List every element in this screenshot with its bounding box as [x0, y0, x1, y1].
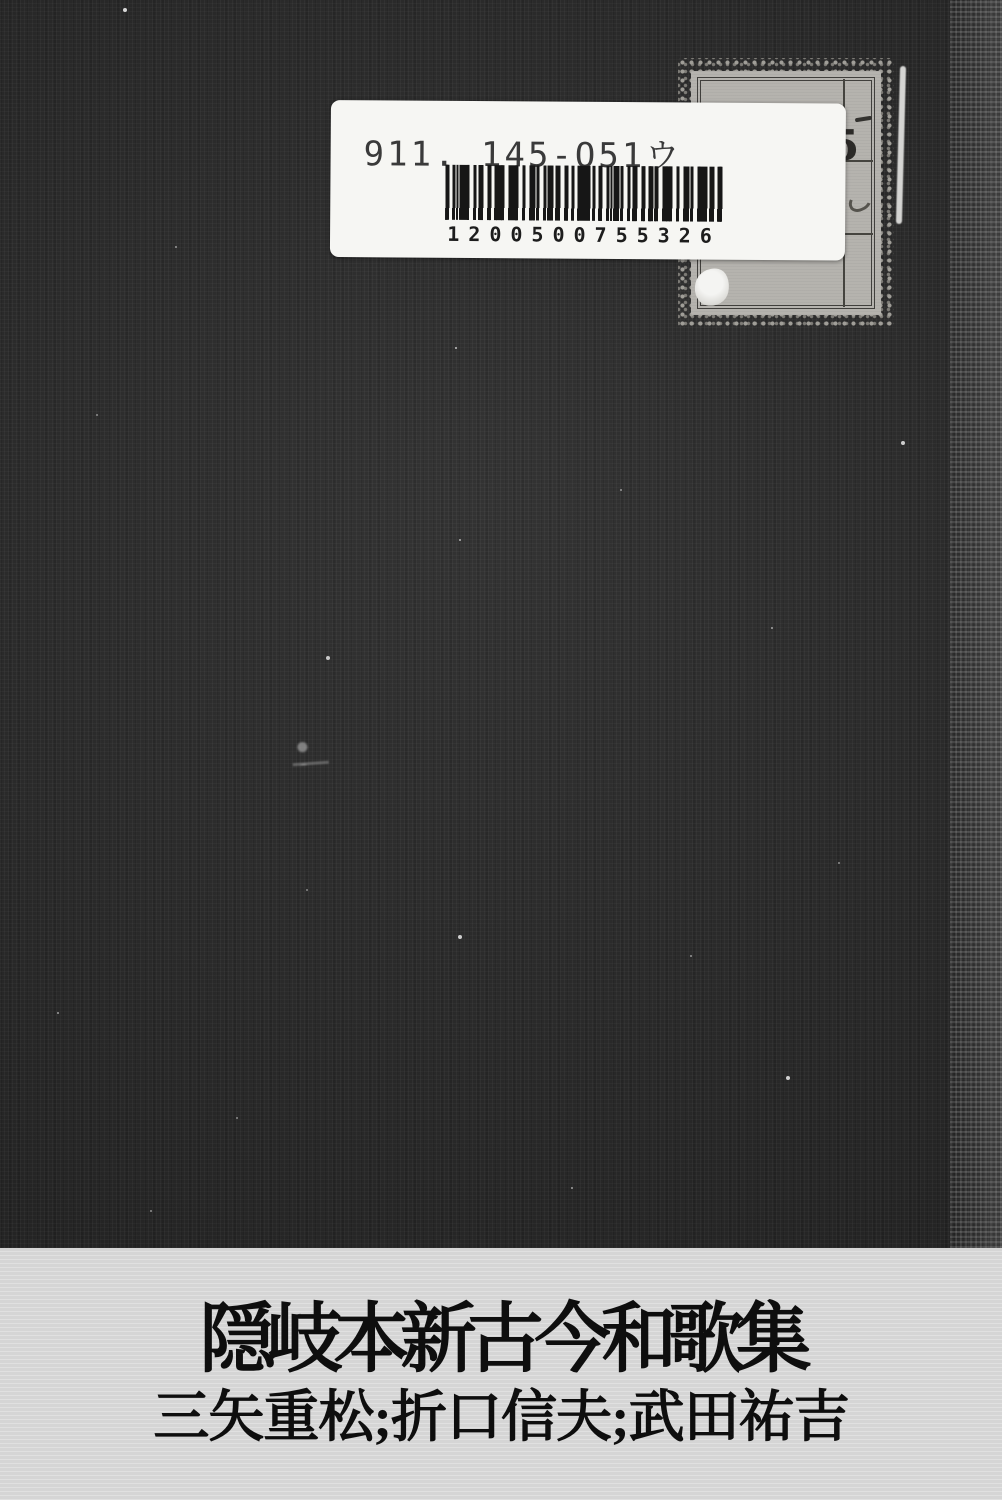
scanned-book-cover-page: 5 911. 145-O51ウ 1200500755326 隠岐本新古今和歌集 …	[0, 0, 1002, 1500]
faint-embossed-mark	[291, 739, 329, 766]
cover-edge-weave	[950, 0, 1002, 1248]
dust-specks	[0, 0, 2, 2]
book-cover-cloth: 5 911. 145-O51ウ 1200500755326	[0, 0, 1002, 1248]
caption-band: 隠岐本新古今和歌集 三矢重松;折口信夫;武田祐吉	[0, 1248, 1002, 1500]
book-title: 隠岐本新古今和歌集	[200, 1302, 803, 1378]
cover-scratch-mark	[896, 66, 906, 224]
barcode: 1200500755326	[445, 165, 724, 249]
bookplate-row-divider-2	[843, 233, 873, 235]
barcode-bars	[445, 165, 723, 222]
library-barcode-label: 911. 145-O51ウ 1200500755326	[330, 100, 846, 261]
book-authors: 三矢重松;折口信夫;武田祐吉	[153, 1390, 848, 1446]
barcode-digits: 1200500755326	[445, 222, 723, 248]
